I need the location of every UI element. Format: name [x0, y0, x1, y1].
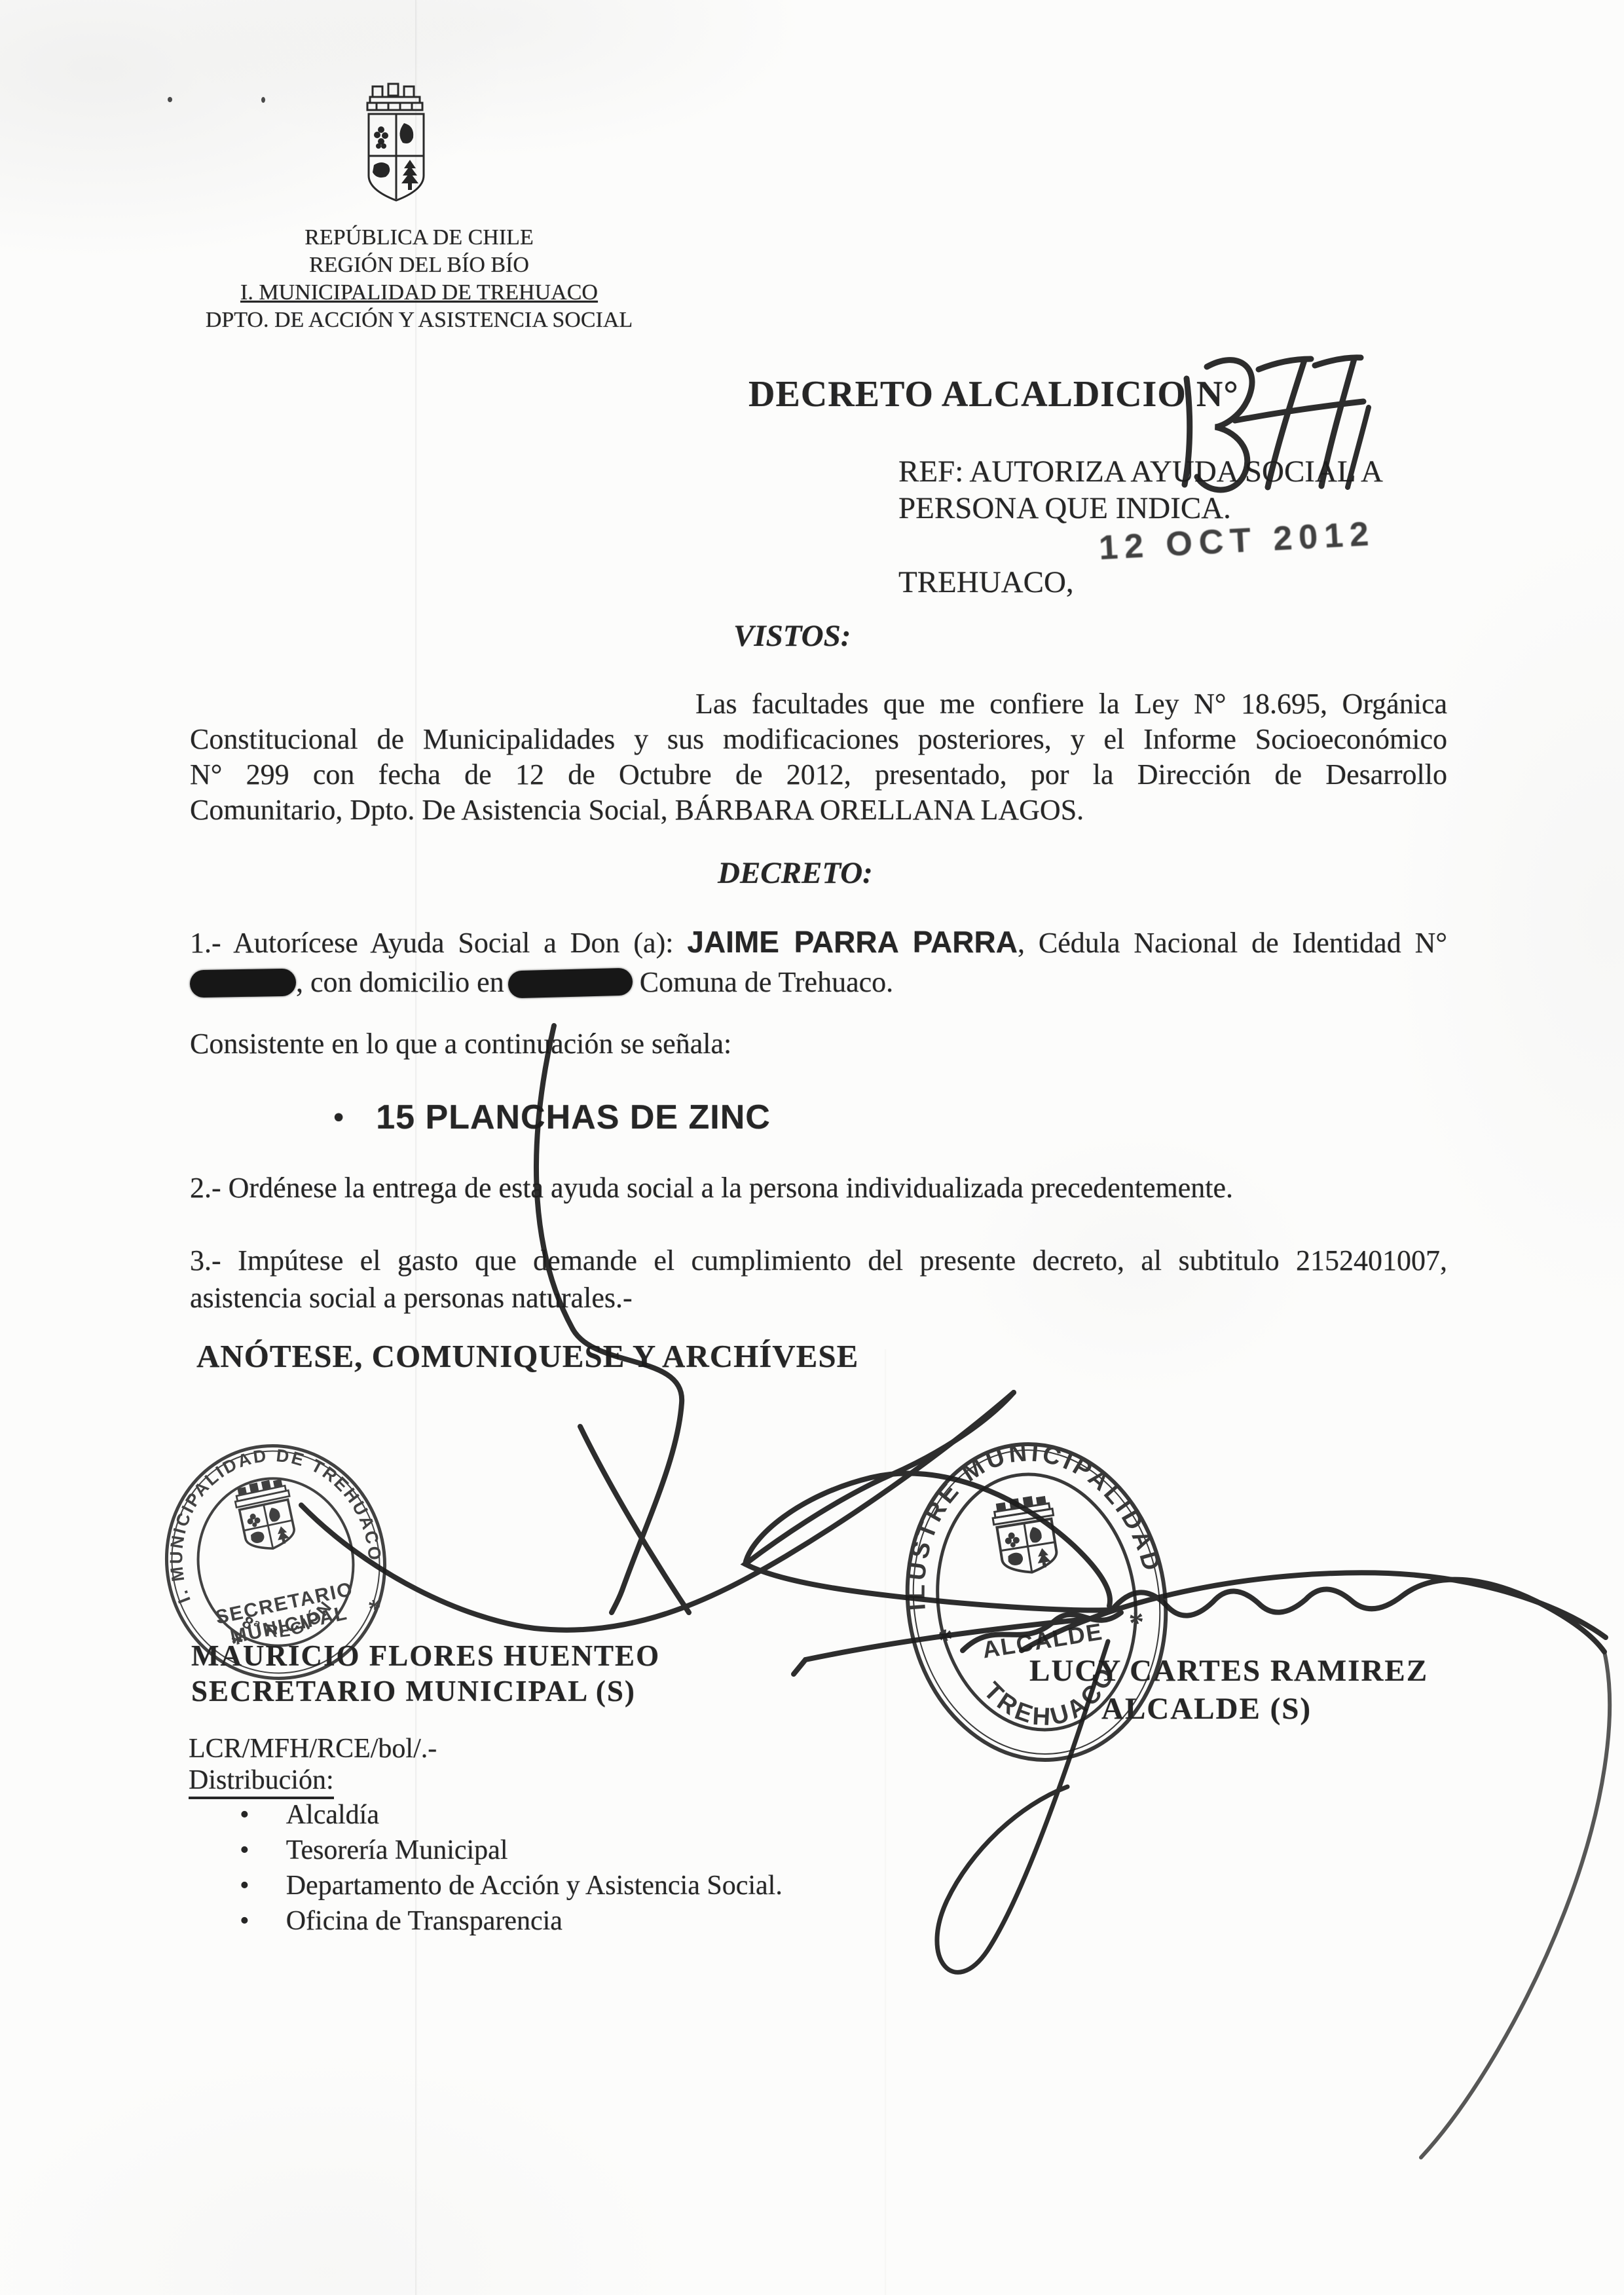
ink-overlay [0, 0, 1624, 2295]
right-signature [745, 1392, 1610, 2157]
handwritten-slash [1348, 407, 1369, 487]
handwritten-decree-number [1185, 358, 1363, 490]
scanned-decree-page: REPÚBLICA DE CHILE REGIÓN DEL BÍO BÍO I.… [0, 0, 1624, 2295]
left-signature [301, 1026, 1014, 1630]
